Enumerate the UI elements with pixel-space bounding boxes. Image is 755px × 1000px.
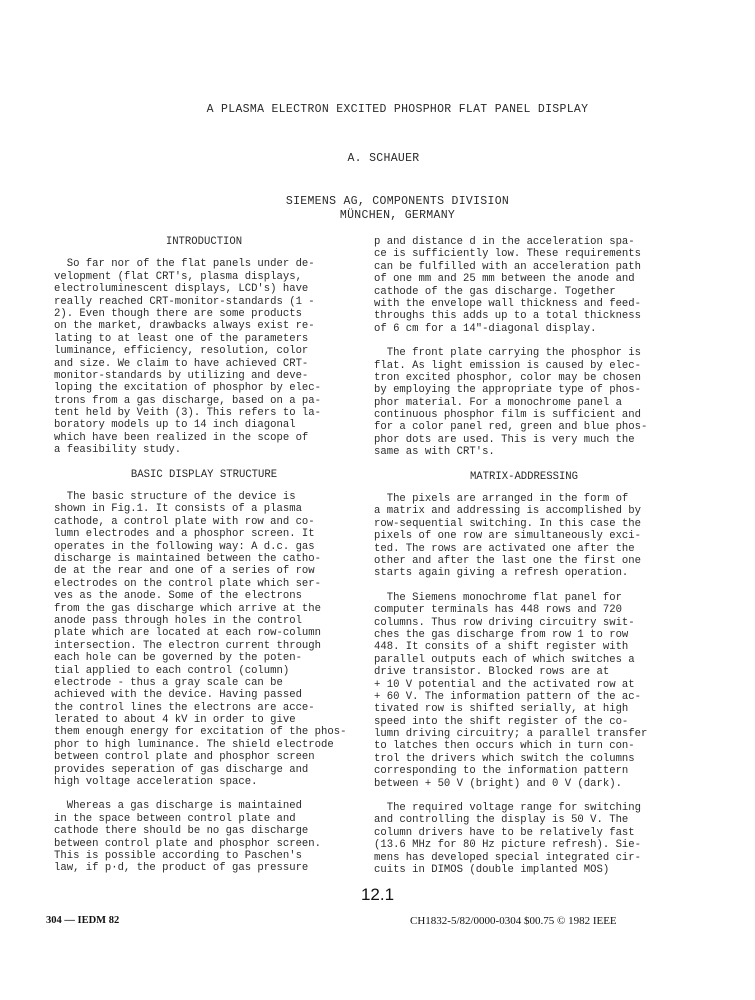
section-number: 12.1 [0,885,755,905]
text-line: ves as the anode. Some of the electrons [54,590,354,602]
text-line: high voltage acceleration space. [54,776,354,788]
text-line: starts again giving a refresh operation. [374,567,674,579]
text-line: a matrix and addressing is accomplished … [374,505,674,517]
text-line: drive transistor. Blocked rows are at [374,666,674,678]
text-line: between control plate and phosphor scree… [54,838,354,850]
author-name: A. SCHAUER [6,152,755,165]
text-line: flat. As light emission is caused by ele… [374,360,674,372]
text-line: achieved with the device. Having passed [54,689,354,701]
text-line: lerated to about 4 kV in order to give [54,714,354,726]
text-line: between control plate and phosphor scree… [54,751,354,763]
text-line: cathode of the gas discharge. Together [374,286,674,298]
section-heading: MATRIX-ADDRESSING [374,471,674,483]
text-line: of 6 cm for a 14"-diagonal display. [374,323,674,335]
text-line: other and after the last one the first o… [374,555,674,567]
text-line: same as with CRT's. [374,446,674,458]
text-line: electrode - thus a gray scale can be [54,677,354,689]
text-line: phor to high luminance. The shield elect… [54,739,354,751]
text-line: between + 50 V (bright) and 0 V (dark). [374,778,674,790]
left-column: INTRODUCTION So far nor of the flat pane… [54,236,354,887]
text-line: lumn driving circuitry; a parallel trans… [374,728,674,740]
text-line: with the envelope wall thickness and fee… [374,298,674,310]
text-line: The Siemens monochrome flat panel for [374,592,674,604]
text-line: trons from a gas discharge, based on a p… [54,395,354,407]
text-line: ted. The rows are activated one after th… [374,543,674,555]
text-line: them enough energy for excitation of the… [54,726,354,738]
footer-copyright: CH1832-5/82/0000-0304 $00.75 © 1982 IEEE [410,915,617,927]
text-line: lating to at least one of the parameters [54,333,354,345]
text-line: p and distance d in the acceleration spa… [374,236,674,248]
text-line: The pixels are arranged in the form of [374,493,674,505]
text-line: of one mm and 25 mm between the anode an… [374,273,674,285]
affiliation-organization: SIEMENS AG, COMPONENTS DIVISION [20,195,755,208]
text-line: cuits in DIMOS (double implanted MOS) [374,864,674,876]
text-line: provides seperation of gas discharge and [54,764,354,776]
text-line: loping the excitation of phosphor by ele… [54,382,354,394]
text-line: throughs this adds up to a total thickne… [374,310,674,322]
text-line: anode pass through holes in the control [54,615,354,627]
text-line: monitor-standards by utilizing and deve- [54,370,354,382]
text-line: The front plate carrying the phosphor is [374,347,674,359]
text-line: speed into the shift register of the co- [374,716,674,728]
paragraph: p and distance d in the acceleration spa… [374,236,674,335]
text-line: from the gas discharge which arrive at t… [54,603,354,615]
section-heading: INTRODUCTION [54,236,354,248]
text-line: boratory models up to 14 inch diagonal [54,419,354,431]
text-line: So far nor of the flat panels under de- [54,258,354,270]
text-line: computer terminals has 448 rows and 720 [374,604,674,616]
text-line: operates in the following way: A d.c. ga… [54,541,354,553]
paragraph: The basic structure of the device isshow… [54,491,354,788]
paragraph: So far nor of the flat panels under de-v… [54,258,354,456]
text-line: can be fulfilled with an acceleration pa… [374,261,674,273]
footer-page-reference: 304 — IEDM 82 [46,915,119,926]
text-line: Whereas a gas discharge is maintained [54,800,354,812]
paragraph: The Siemens monochrome flat panel forcom… [374,592,674,790]
text-line: phor dots are used. This is very much th… [374,434,674,446]
text-line: lumn electrodes and a phosphor screen. I… [54,528,354,540]
text-line: on the market, drawbacks always exist re… [54,320,354,332]
text-line: row-sequential switching. In this case t… [374,518,674,530]
text-line: tent held by Veith (3). This refers to l… [54,407,354,419]
text-line: continuous phosphor film is sufficient a… [374,409,674,421]
text-line: corresponding to the information pattern [374,765,674,777]
text-line: 2). Even though there are some products [54,308,354,320]
paragraph: The front plate carrying the phosphor is… [374,347,674,459]
affiliation-location: MÜNCHEN, GERMANY [20,209,755,222]
text-line: each hole can be governed by the poten- [54,652,354,664]
text-line: de at the rear and one of a series of ro… [54,565,354,577]
text-line: The basic structure of the device is [54,491,354,503]
text-line: discharge is maintained between the cath… [54,553,354,565]
text-line: by employing the appropriate type of pho… [374,384,674,396]
text-line: (13.6 MHz for 80 Hz picture refresh). Si… [374,839,674,851]
section-heading: BASIC DISPLAY STRUCTURE [54,469,354,481]
text-line: intersection. The electron current throu… [54,640,354,652]
paper-title: A PLASMA ELECTRON EXCITED PHOSPHOR FLAT … [20,103,755,116]
text-line: luminance, efficiency, resolution, color [54,345,354,357]
text-line: shown in Fig.1. It consists of a plasma [54,503,354,515]
text-line: phor material. For a monochrome panel a [374,397,674,409]
text-line: and size. We claim to have achieved CRT- [54,358,354,370]
text-line: cathode there should be no gas discharge [54,825,354,837]
text-line: the control lines the electrons are acce… [54,702,354,714]
text-line: electrodes on the control plate which se… [54,578,354,590]
text-line: trol the drivers which switch the column… [374,753,674,765]
text-line: This is possible according to Paschen's [54,850,354,862]
text-line: 448. It consits of a shift register with [374,641,674,653]
text-line: electroluminescent displays, LCD's) have [54,283,354,295]
text-line: really reached CRT-monitor-standards (1 … [54,296,354,308]
text-line: The required voltage range for switching [374,802,674,814]
text-line: tial applied to each control (column) [54,665,354,677]
paragraph: The pixels are arranged in the form ofa … [374,493,674,580]
text-line: plate which are located at each row-colu… [54,627,354,639]
paragraph: The required voltage range for switching… [374,802,674,876]
text-line: velopment (flat CRT's, plasma displays, [54,271,354,283]
text-line: in the space between control plate and [54,813,354,825]
text-line: parallel outputs each of which switches … [374,654,674,666]
text-line: tivated row is shifted serially, at high [374,703,674,715]
text-line: column drivers have to be relatively fas… [374,827,674,839]
text-line: ches the gas discharge from row 1 to row [374,629,674,641]
text-line: pixels of one row are simultaneously exc… [374,530,674,542]
text-line: columns. Thus row driving circuitry swit… [374,617,674,629]
text-line: tron excited phosphor, color may be chos… [374,372,674,384]
text-line: mens has developed special integrated ci… [374,852,674,864]
right-column: p and distance d in the acceleration spa… [374,236,674,888]
text-line: + 60 V. The information pattern of the a… [374,691,674,703]
text-line: for a color panel red, green and blue ph… [374,421,674,433]
text-line: to latches then occurs which in turn con… [374,740,674,752]
text-line: and controlling the display is 50 V. The [374,814,674,826]
text-line: + 10 V potential and the activated row a… [374,679,674,691]
paragraph: Whereas a gas discharge is maintainedin … [54,800,354,874]
text-line: cathode, a control plate with row and co… [54,516,354,528]
text-line: a feasibility study. [54,444,354,456]
text-line: ce is sufficiently low. These requiremen… [374,248,674,260]
text-line: which have been realized in the scope of [54,432,354,444]
text-line: law, if p·d, the product of gas pressure [54,862,354,874]
